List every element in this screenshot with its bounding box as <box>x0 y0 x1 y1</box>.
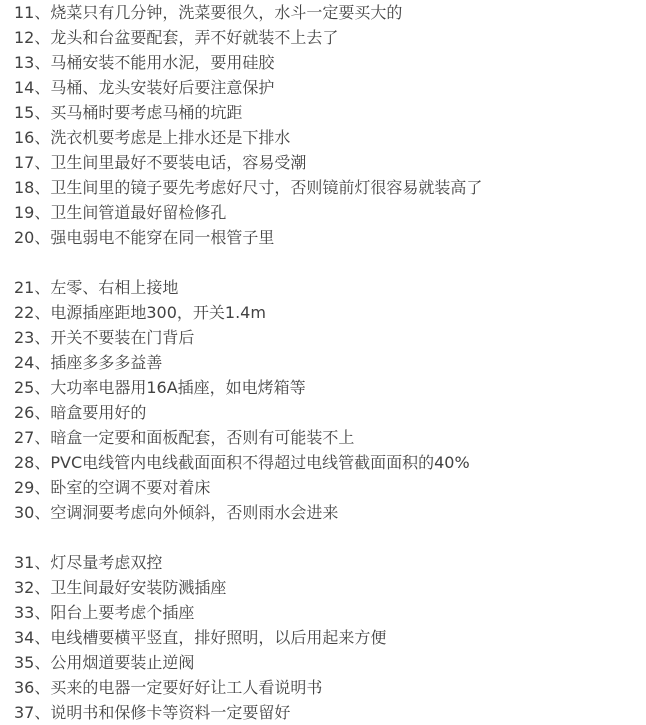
tip-item: 35、公用烟道要装止逆阀 <box>14 650 646 675</box>
tip-item: 37、说明书和保修卡等资料一定要留好 <box>14 700 646 725</box>
tip-item: 32、卫生间最好安装防溅插座 <box>14 575 646 600</box>
tip-item: 24、插座多多多益善 <box>14 350 646 375</box>
tip-item: 28、PVC电线管内电线截面面积不得超过电线管截面面积的40% <box>14 450 646 475</box>
tip-item: 26、暗盒要用好的 <box>14 400 646 425</box>
tip-item: 19、卫生间管道最好留检修孔 <box>14 200 646 225</box>
tip-item: 33、阳台上要考虑个插座 <box>14 600 646 625</box>
tip-item: 13、马桶安装不能用水泥，要用硅胶 <box>14 50 646 75</box>
tip-item: 29、卧室的空调不要对着床 <box>14 475 646 500</box>
tips-group-21-30: 21、左零、右相上接地 22、电源插座距地300，开关1.4m 23、开关不要装… <box>14 275 646 525</box>
tip-item: 25、大功率电器用16A插座，如电烤箱等 <box>14 375 646 400</box>
tip-item: 27、暗盒一定要和面板配套，否则有可能装不上 <box>14 425 646 450</box>
tip-item: 11、烧菜只有几分钟，洗菜要很久，水斗一定要买大的 <box>14 0 646 25</box>
tip-item: 21、左零、右相上接地 <box>14 275 646 300</box>
tips-group-31-37: 31、灯尽量考虑双控 32、卫生间最好安装防溅插座 33、阳台上要考虑个插座 3… <box>14 550 646 725</box>
tip-item: 34、电线槽要横平竖直，排好照明，以后用起来方便 <box>14 625 646 650</box>
tip-item: 14、马桶、龙头安装好后要注意保护 <box>14 75 646 100</box>
tip-item: 36、买来的电器一定要好好让工人看说明书 <box>14 675 646 700</box>
tip-item: 17、卫生间里最好不要装电话，容易受潮 <box>14 150 646 175</box>
tip-item: 31、灯尽量考虑双控 <box>14 550 646 575</box>
tip-item: 20、强电弱电不能穿在同一根管子里 <box>14 225 646 250</box>
tips-group-11-20: 11、烧菜只有几分钟，洗菜要很久，水斗一定要买大的 12、龙头和台盆要配套，弄不… <box>14 0 646 250</box>
tip-item: 18、卫生间里的镜子要先考虑好尺寸，否则镜前灯很容易就装高了 <box>14 175 646 200</box>
tip-item: 12、龙头和台盆要配套，弄不好就装不上去了 <box>14 25 646 50</box>
tip-item: 15、买马桶时要考虑马桶的坑距 <box>14 100 646 125</box>
tip-item: 22、电源插座距地300，开关1.4m <box>14 300 646 325</box>
tip-item: 16、洗衣机要考虑是上排水还是下排水 <box>14 125 646 150</box>
tips-document: 11、烧菜只有几分钟，洗菜要很久，水斗一定要买大的 12、龙头和台盆要配套，弄不… <box>0 0 646 725</box>
tip-item: 30、空调洞要考虑向外倾斜，否则雨水会进来 <box>14 500 646 525</box>
tip-item: 23、开关不要装在门背后 <box>14 325 646 350</box>
